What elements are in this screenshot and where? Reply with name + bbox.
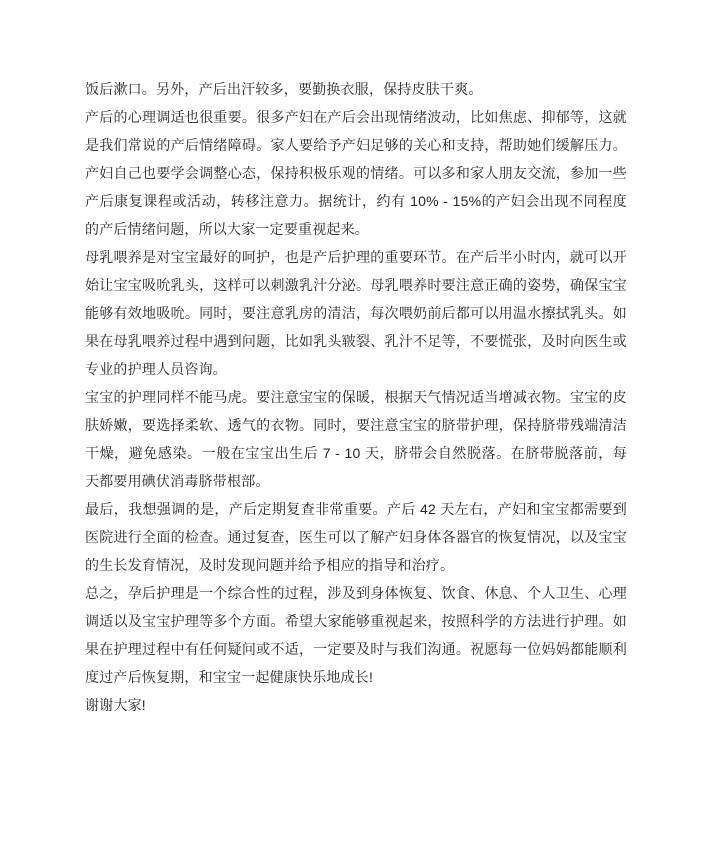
document-page: 饭后漱口。另外，产后出汗较多，要勤换衣服，保持皮肤干爽。 产后的心理调适也很重要… (85, 75, 627, 719)
paragraph-baby-care: 宝宝的护理同样不能马虎。要注意宝宝的保暖，根据天气情况适当增减衣物。宝宝的皮肤娇… (85, 383, 627, 495)
paragraph-summary: 总之，孕后护理是一个综合性的过程，涉及到身体恢复、饮食、休息、个人卫生、心理调适… (85, 579, 627, 691)
paragraph-breastfeeding: 母乳喂养是对宝宝最好的呵护，也是产后护理的重要环节。在产后半小时内，就可以开始让… (85, 243, 627, 383)
paragraph-psychological-adjustment: 产后的心理调适也很重要。很多产妇在产后会出现情绪波动，比如焦虑、抑郁等，这就是我… (85, 103, 627, 243)
paragraph-thanks: 谢谢大家! (85, 691, 627, 719)
paragraph-hygiene: 饭后漱口。另外，产后出汗较多，要勤换衣服，保持皮肤干爽。 (85, 75, 627, 103)
paragraph-postpartum-checkup: 最后，我想强调的是，产后定期复查非常重要。产后 42 天左右，产妇和宝宝都需要到… (85, 495, 627, 579)
